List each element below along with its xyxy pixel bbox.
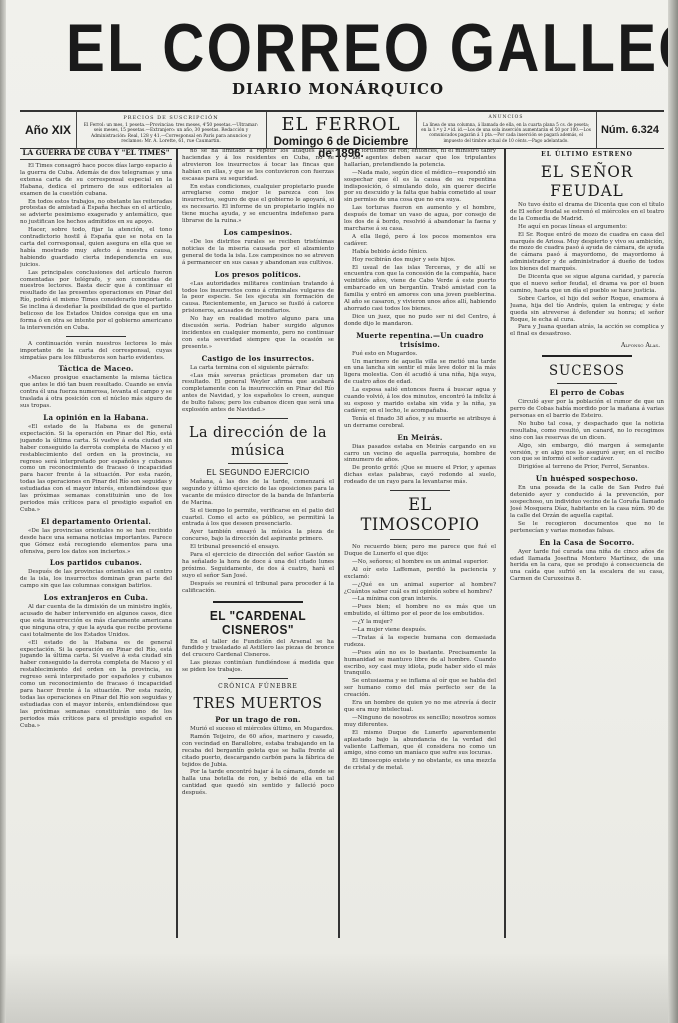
kicker-ultimo-estreno: EL ÚLTIMO ESTRENO — [510, 151, 664, 158]
article-paragraph: —No, señores; el hombre es un animal sup… — [344, 559, 496, 566]
article-paragraph: Ayer tarde fué curada una niña de cinco … — [510, 549, 664, 584]
subhead: En la Casa de Socorro. — [510, 538, 664, 547]
subhead: La opinión en la Habana. — [20, 413, 172, 422]
subhead: Castigo de los insurrectos. — [182, 354, 334, 363]
article-paragraph: «De las provincias orientales no se han … — [20, 528, 172, 556]
subscription-box: PRECIOS DE SUSCRIPCIÓN El Ferrol: un mes… — [76, 112, 267, 148]
article-paragraph: Murió el suceso el miércoles último, en … — [182, 726, 334, 733]
divider — [228, 678, 288, 679]
subhead: Por un trago de ron. — [182, 715, 334, 724]
subhead: El perro de Cobas — [510, 388, 664, 397]
divider — [542, 355, 632, 357]
article-paragraph: —¿Y la mujer? — [344, 619, 496, 626]
article-paragraph: No hubo tal cosa, y despachado que la no… — [510, 421, 664, 442]
article-paragraph: Hacer, sobre todo, fijar la atención, el… — [20, 227, 172, 268]
article-paragraph: A continuación verán nuestros lectores l… — [20, 341, 172, 362]
article-paragraph: Las torturas fueron en aumento y el homb… — [344, 205, 496, 233]
divider — [213, 601, 303, 603]
subhead: Un huésped sospechoso. — [510, 474, 664, 483]
article-paragraph: No recuerdo bien; pero me parece que fué… — [344, 544, 496, 558]
article-paragraph: Tenía el finado 38 años, y su muerte se … — [344, 416, 496, 430]
masthead: EL CORREO GALLEGO DIARIO MONÁRQUICO — [6, 0, 670, 100]
article-paragraph: «De los distritos rurales se reciben tri… — [182, 239, 334, 267]
info-bar: Año XIX PRECIOS DE SUSCRIPCIÓN El Ferrol… — [20, 110, 664, 149]
subhead: En Meirás. — [344, 433, 496, 442]
article-columns: LA GUERRA DE CUBA Y "EL TIMES" El Times … — [20, 148, 664, 948]
article-paragraph: A ella llegó, pero á los pocos momentos … — [344, 234, 496, 248]
divider — [66, 336, 126, 337]
article-paragraph: «El estado de la Habana es de general ex… — [20, 640, 172, 730]
article-paragraph: —¿Qué es un animal superior al hombre? ¿… — [344, 582, 496, 596]
headline-cuba-times: LA GUERRA DE CUBA Y "EL TIMES" — [20, 148, 172, 160]
divider — [557, 383, 617, 384]
subhead: Táctica de Maceo. — [20, 364, 172, 373]
article-paragraph: He aquí en pocas líneas el argumento: — [510, 224, 664, 231]
article-paragraph: —Pues aún no es lo bastante. Precisament… — [344, 650, 496, 678]
ads-text: La línea de una columna, á llamada de el… — [416, 120, 596, 143]
article-paragraph: Sobre Carlos, el hijo del señor Roque, e… — [510, 296, 664, 324]
divider — [228, 463, 288, 464]
article-paragraph: Para y Juana quedan atrás, la acción se … — [510, 324, 664, 338]
article-paragraph: «Las más severas prácticas prometen dar … — [182, 373, 334, 414]
volume-year: Año XIX — [20, 112, 77, 148]
page-binding-right — [668, 0, 678, 1023]
article-paragraph: Fué esto en Mugardos. — [344, 351, 496, 358]
newspaper-subtitle: DIARIO MONÁRQUICO — [6, 80, 670, 98]
article-paragraph: Por la tarde encontró bajar á la cámara,… — [182, 769, 334, 797]
article-paragraph: En estas condiciones, cualquier propieta… — [182, 184, 334, 225]
article-paragraph: no se ha limitado á repetir los ataques … — [182, 148, 334, 183]
article-paragraph: —Nada malo, según dice el médico—respond… — [344, 170, 496, 205]
article-paragraph: —La mínima con gran interés. — [344, 596, 496, 603]
article-paragraph: La esposa salió entonces fuera á buscar … — [344, 387, 496, 415]
newspaper-title: EL CORREO GALLEGO — [66, 10, 536, 88]
article-paragraph: Se le recogieron documentos que no le pe… — [510, 521, 664, 535]
divider — [390, 490, 450, 491]
article-paragraph: —La mujer viene después. — [344, 627, 496, 634]
article-paragraph: «Las autoridades militares continúan tra… — [182, 281, 334, 316]
article-paragraph: No tuvo éxito el drama de Dicenta que co… — [510, 202, 664, 223]
headline-cardenal-cisneros: EL "CARDENAL CISNEROS" — [186, 609, 330, 637]
article-paragraph: El mismo Duque de Lunerfo aparentemente … — [344, 730, 496, 758]
author-signature: Alfonso Alas. — [510, 342, 664, 349]
city-name: EL FERROL — [266, 114, 416, 135]
article-paragraph: Algo, sin embargo, dió margen á semejant… — [510, 443, 664, 464]
advertising-box: ANUNCIOS La línea de una columna, á llam… — [416, 112, 597, 148]
headline-timoscopio: EL TIMOSCOPIO — [348, 495, 492, 535]
article-paragraph: «Maceo prosigue exactamente la misma tác… — [20, 375, 172, 410]
article-paragraph: Dirigióse al terreno de Prior, Ferrol, S… — [510, 464, 664, 471]
article-paragraph: Había bebido ácido fénico. — [344, 249, 496, 256]
article-paragraph: En el taller de Fundición del Arsenal se… — [182, 639, 334, 660]
page-bottom-shadow — [6, 953, 670, 1023]
article-paragraph: En una posada de la calle de San Pedro f… — [510, 485, 664, 520]
article-paragraph: Dias pasados estaba en Meirás cargando e… — [344, 444, 496, 465]
column-rule — [338, 148, 340, 938]
headline-sucesos: SUCESOS — [514, 363, 660, 379]
subhead: Los partidos cubanos. — [20, 558, 172, 567]
subhead: Muerte repentina.—Un cuadro trisísimo. — [344, 331, 496, 349]
article-paragraph: Era un hombre de quien yo no me atrevía … — [344, 700, 496, 714]
article-paragraph: Ramón Teijeiro, de 60 años, marinero y c… — [182, 734, 334, 769]
headline-music-direction: La dirección de la música — [186, 423, 330, 459]
column-1: LA GUERRA DE CUBA Y "EL TIMES" El Times … — [20, 148, 172, 948]
article-paragraph: El usual de las islas Terceras, y de all… — [344, 265, 496, 313]
article-paragraph: Después se reunirá el tribunal para proc… — [182, 581, 334, 595]
headline-senor-feudal: EL SEÑOR FEUDAL — [514, 162, 660, 200]
column-2: no se ha limitado á repetir los ataques … — [182, 148, 334, 948]
article-paragraph: En todos estos trabajos, no obstante las… — [20, 199, 172, 227]
column-4: EL ÚLTIMO ESTRENO EL SEÑOR FEUDAL No tuv… — [510, 148, 664, 948]
article-paragraph: Se entusiasma y se inflama al oír que se… — [344, 678, 496, 699]
article-paragraph: —Ninguno de nosotros es sencillo; nosotr… — [344, 715, 496, 729]
article-paragraph: El tribunal presenció el ensayo. — [182, 544, 334, 551]
article-paragraph: Circuló ayer por la población el rumor d… — [510, 399, 664, 420]
article-paragraph: El Times consagró hace pocos días largo … — [20, 163, 172, 198]
article-paragraph: «El estado de la Habana es de general ex… — [20, 424, 172, 514]
subhead: Los extranjeros en Cuba. — [20, 593, 172, 602]
article-paragraph: Las piezas continúan fundiéndose á medid… — [182, 660, 334, 674]
subscription-text: El Ferrol: un mes, 1 peseta.—Provincias:… — [76, 121, 266, 144]
article-paragraph: El timoscopio existe y no obstante, es u… — [344, 758, 496, 772]
article-paragraph: Hoy recibirán dos mujer y seis hijos. — [344, 257, 496, 264]
headline-tres-muertos: TRES MUERTOS — [186, 694, 330, 712]
article-paragraph: Después de las provincias orientales en … — [20, 569, 172, 590]
column-3: tal fortísimo de ron; entonces, ni el mi… — [344, 148, 496, 948]
column-rule — [504, 148, 506, 938]
subhead: El departamento Oriental. — [20, 517, 172, 526]
article-paragraph: —Pues bien; el hombre no es más que un e… — [344, 604, 496, 618]
subhead-second-exercise: EL SEGUNDO EJERCICIO — [182, 468, 334, 477]
article-paragraph: tal fortísimo de ron; entonces, ni el mi… — [344, 148, 496, 169]
article-paragraph: El Sr. Roque entró de mozo de cuadra en … — [510, 232, 664, 273]
article-paragraph: Si el tiempo lo permite, verificarse en … — [182, 508, 334, 529]
article-paragraph: Al oír esto Laffeman, perdió la pacienci… — [344, 567, 496, 581]
article-paragraph: Ayer también ensayó la música la pieza d… — [182, 529, 334, 543]
subhead: Los presos políticos. — [182, 270, 334, 279]
dateline: EL FERROL Domingo 6 de Diciembre de 1896… — [266, 112, 417, 148]
article-paragraph: La carta termina con el siguiente párraf… — [182, 365, 334, 372]
article-paragraph: No hay en realidad motivo alguno para un… — [182, 316, 334, 351]
divider — [228, 418, 288, 419]
kicker-cronica-funebre: CRÓNICA FÚNEBRE — [182, 683, 334, 690]
article-paragraph: Dice un juez, que no pudo ser ni del Cen… — [344, 314, 496, 328]
column-rule — [176, 148, 178, 938]
article-paragraph: Un marinero de aquella villa se metió un… — [344, 359, 496, 387]
article-paragraph: Las principales conclusiones del artícul… — [20, 270, 172, 332]
article-paragraph: De pronto gritó: ¡Que se muere el Prior,… — [344, 465, 496, 486]
newspaper-page: EL CORREO GALLEGO DIARIO MONÁRQUICO Año … — [6, 0, 670, 1023]
article-paragraph: Para el ejercicio de dirección del señor… — [182, 552, 334, 580]
article-paragraph: Mañana, á las dos de la tarde, comenzará… — [182, 479, 334, 507]
article-paragraph: De Dicenta que se sigue alguna caridad, … — [510, 274, 664, 295]
issue-number: Núm. 6.324 — [596, 112, 664, 148]
divider — [390, 539, 450, 540]
subhead: Los campesinos. — [182, 228, 334, 237]
article-paragraph: —Tratas á la especie humana con demasiad… — [344, 635, 496, 649]
article-paragraph: Al dar cuenta de la dimisión de un minis… — [20, 604, 172, 639]
